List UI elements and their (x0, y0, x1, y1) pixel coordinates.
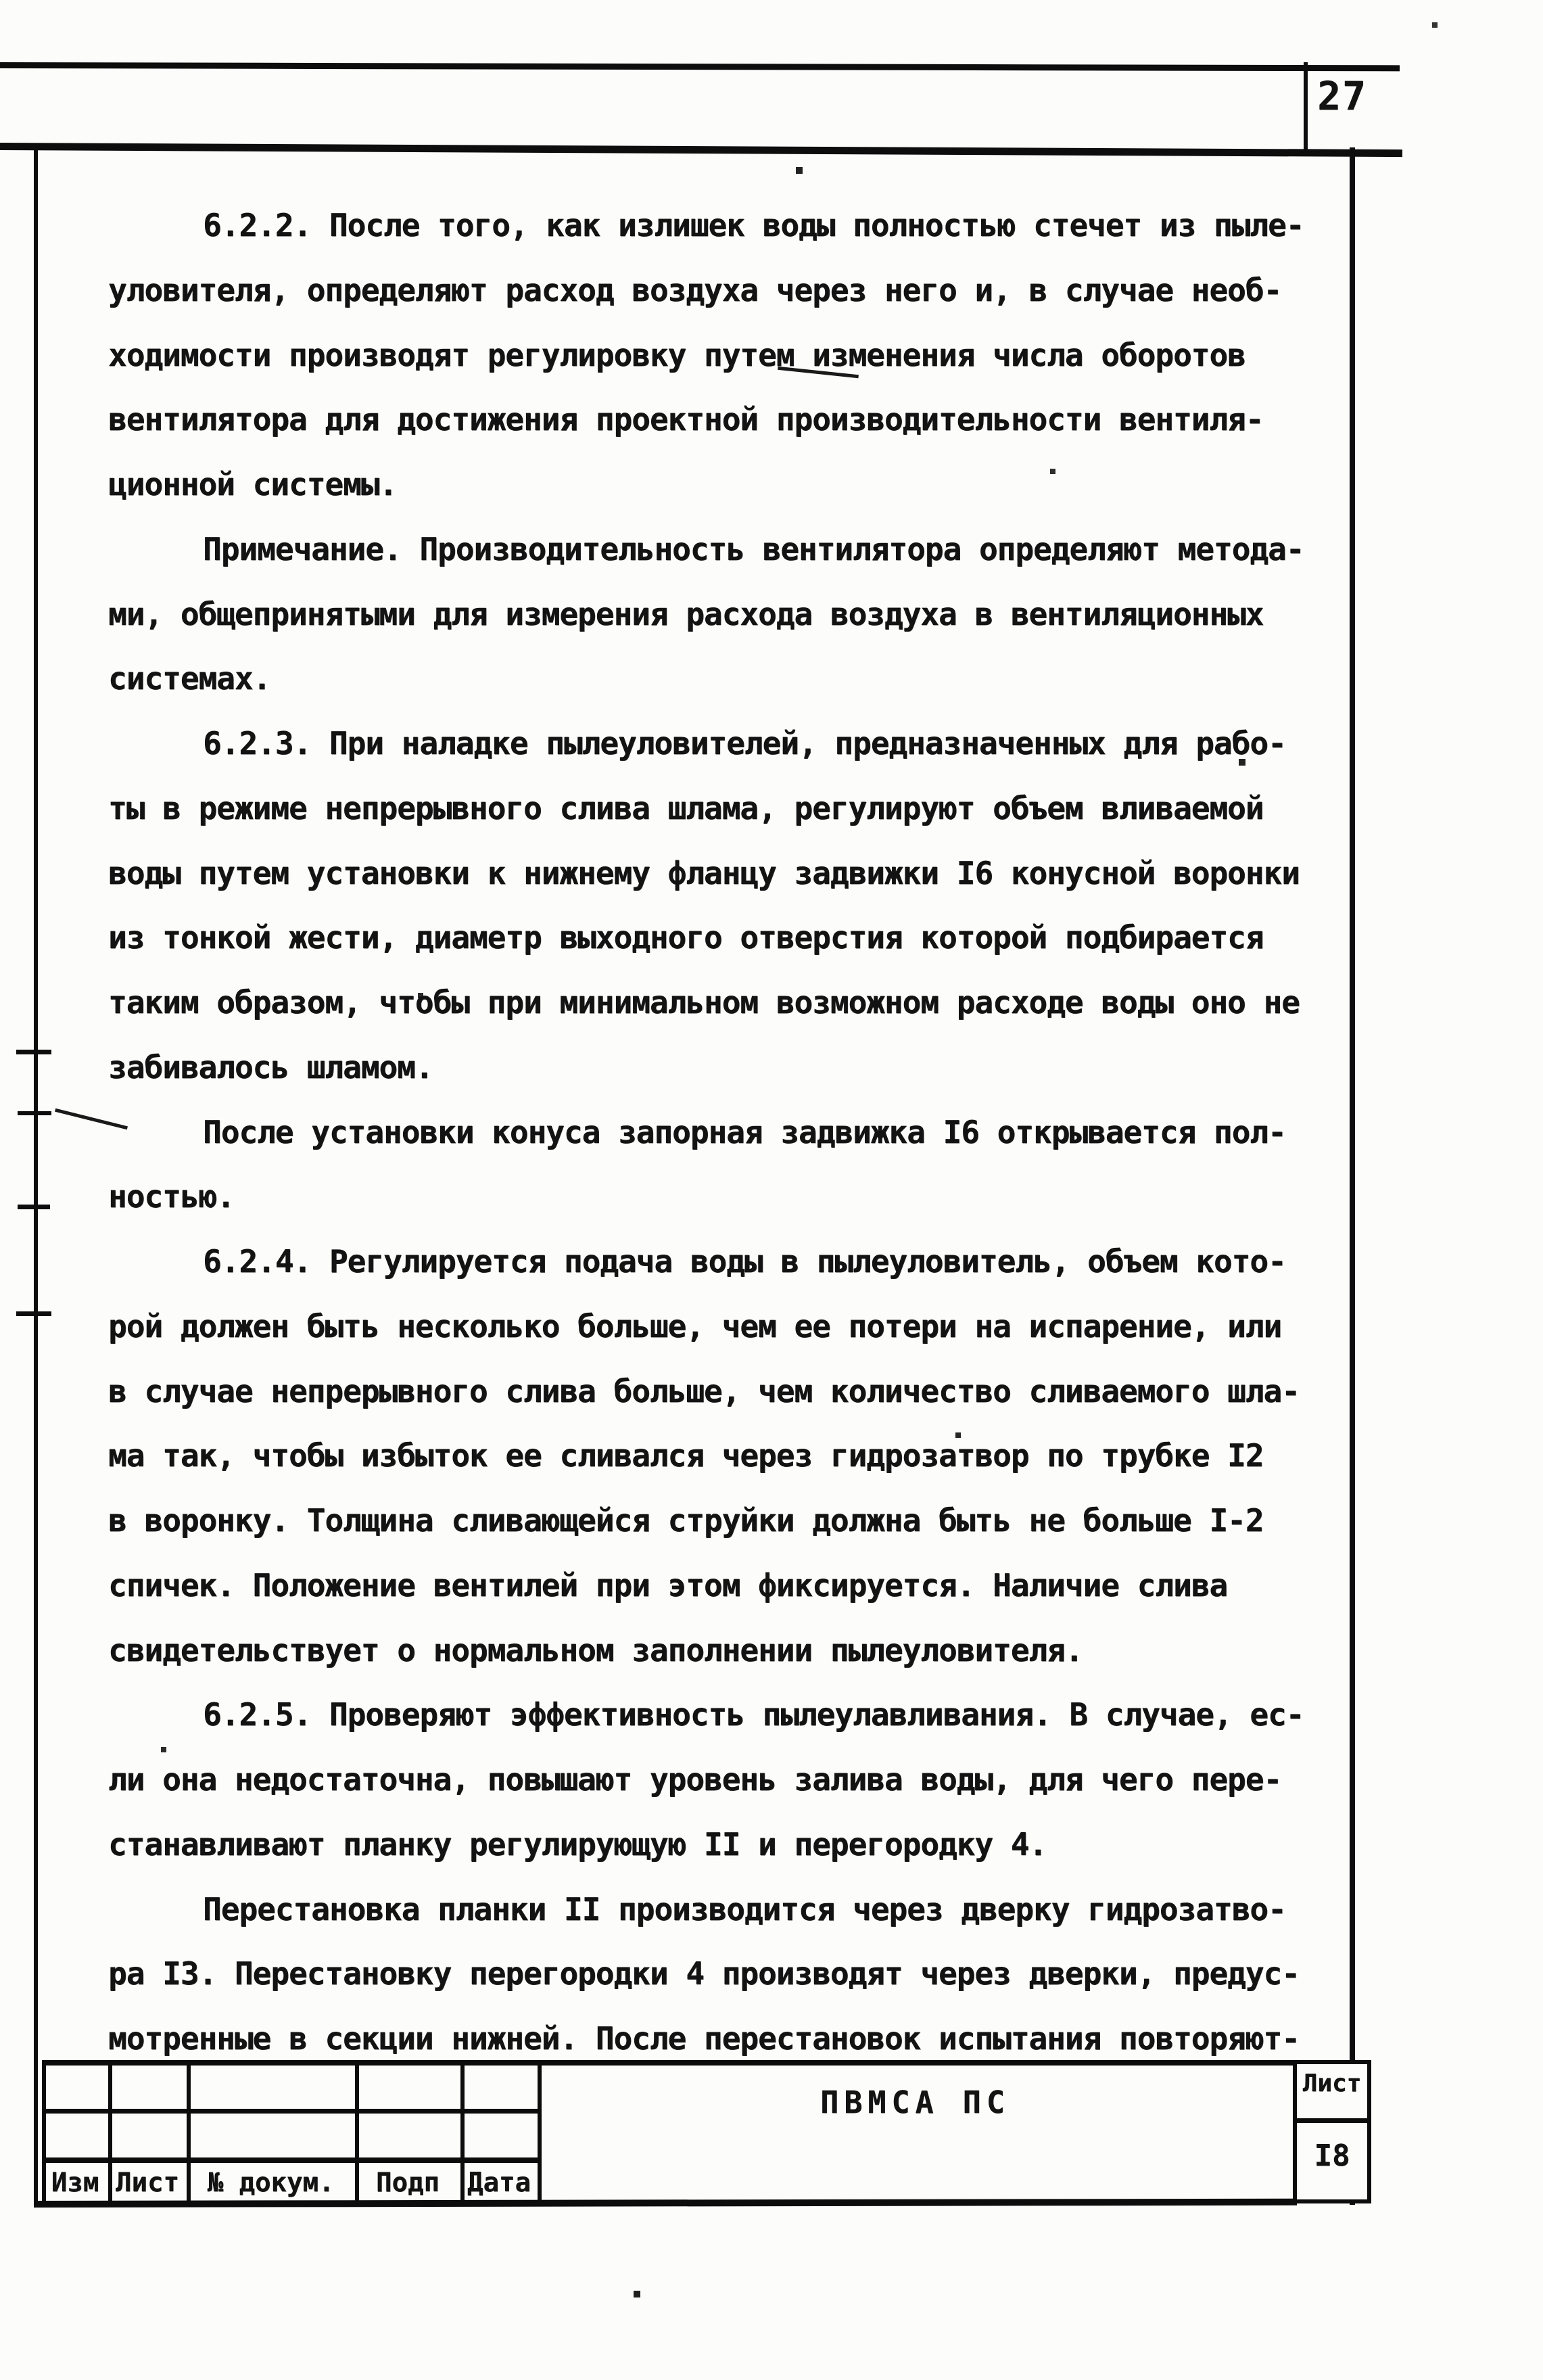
text-line: ли она недостаточна, повышают уровень за… (108, 1763, 1366, 1797)
footer-col-podp: Подп (355, 2163, 460, 2203)
text-line: После установки конуса запорная задвижка… (203, 1115, 1461, 1150)
text-line: 6.2.5. Проверяют эффективность пылеулавл… (203, 1698, 1461, 1732)
text-line: Примечание. Производительность вентилято… (203, 532, 1461, 567)
scan-scratch (55, 1109, 128, 1129)
text-line: в случае непрерывного слива больше, чем … (108, 1374, 1366, 1409)
text-line: 6.2.2. После того, как излишек воды полн… (203, 208, 1461, 243)
text-line: ма так, чтобы избыток ее сливался через … (108, 1439, 1366, 1473)
text-line: ты в режиме непрерывного слива шлама, ре… (108, 791, 1366, 826)
header-rule (0, 143, 1402, 157)
text-line: уловителя, определяют расход воздуха чер… (108, 273, 1366, 308)
text-line: 6.2.4. Регулируется подача воды в пылеул… (203, 1244, 1461, 1279)
margin-tick (16, 1050, 51, 1054)
footer-col-rule (538, 2060, 542, 2206)
sheet-label: Лист (1293, 2070, 1371, 2097)
text-line: ностью. (108, 1180, 1366, 1214)
margin-tick (18, 1111, 51, 1115)
text-line: из тонкой жести, диаметр выходного отвер… (108, 920, 1366, 955)
text-line: в воронку. Толщина сливающейся струйки д… (108, 1503, 1366, 1538)
text-line: Перестановка планки II производится чере… (203, 1892, 1461, 1927)
text-line: станавливают планку регулирующую II и пе… (108, 1827, 1366, 1862)
text-line: 6.2.3. При наладке пылеуловителей, предн… (203, 726, 1461, 761)
text-line: спичек. Положение вентилей при этом фикс… (108, 1568, 1366, 1603)
footer-top-rule (42, 2060, 1371, 2066)
text-line: ходимости производят регулировку путем и… (108, 338, 1366, 373)
text-line: воды путем установки к нижнему фланцу за… (108, 856, 1366, 891)
text-line: вентилятора для достижения проектной про… (108, 402, 1366, 437)
sheet-number: I8 (1293, 2139, 1371, 2173)
margin-tick (16, 1311, 51, 1316)
footer-col-list: Лист (108, 2163, 187, 2203)
frame-left-border (34, 144, 38, 2206)
footer-col-data: Дата (460, 2163, 538, 2203)
scan-noise (0, 0, 3, 3)
margin-tick (18, 1205, 50, 1209)
page-number-cell-divider (1304, 62, 1308, 151)
text-line: ми, общепринятыми для измерения расхода … (108, 597, 1366, 632)
text-line: свидетельствует о нормальном заполнении … (108, 1633, 1366, 1668)
text-line: рой должен быть несколько больше, чем ее… (108, 1309, 1366, 1344)
text-line: ра I3. Перестановку перегородки 4 произв… (108, 1957, 1366, 1991)
sheet-box-divider (1293, 2118, 1371, 2123)
footer-col-docnum: № докум. (187, 2163, 355, 2203)
document-code: ПВМСА ПС (538, 2084, 1293, 2120)
text-line: ционной системы. (108, 467, 1366, 502)
text-line: таким образом, чтобы при минимальном воз… (108, 985, 1366, 1020)
text-line: забивалось шламом. (108, 1050, 1366, 1085)
top-rule (0, 62, 1400, 71)
text-line: мотренные в секции нижней. После переста… (108, 2022, 1366, 2056)
text-line: системах. (108, 661, 1366, 696)
scanned-document-page: { "page": { "number": "27", "body_lines"… (0, 0, 1543, 2380)
footer-col-izm: Изм (42, 2163, 108, 2203)
page-number: 27 (1312, 73, 1373, 119)
